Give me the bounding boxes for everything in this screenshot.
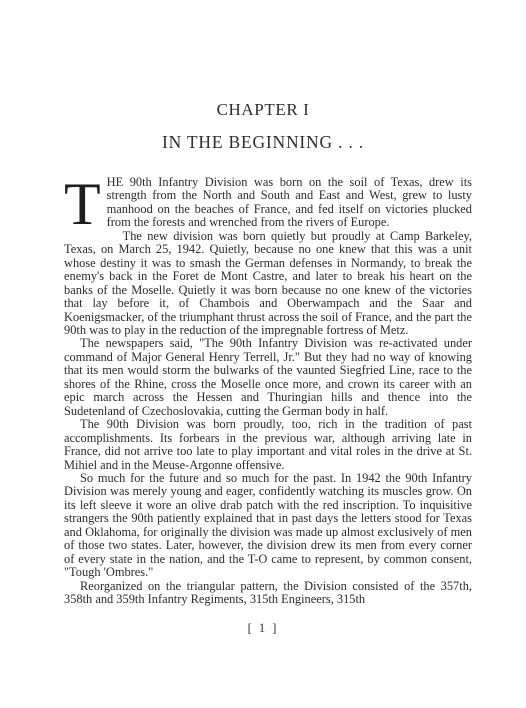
chapter-label: CHAPTER I	[0, 100, 526, 120]
paragraph-6: Reorganized on the triangular pattern, t…	[64, 580, 472, 607]
chapter-title: IN THE BEGINNING . . .	[0, 132, 526, 153]
paragraph-1: THE 90th Infantry Division was born on t…	[64, 176, 472, 230]
paragraph-1-text: HE 90th Infantry Division was born on th…	[107, 175, 472, 229]
drop-cap: T	[64, 180, 101, 232]
body-text: THE 90th Infantry Division was born on t…	[64, 176, 472, 607]
paragraph-2: The new division was born quietly but pr…	[64, 230, 472, 338]
paragraph-4: The 90th Division was born proudly, too,…	[64, 418, 472, 472]
paragraph-3: The newspapers said, "The 90th Infantry …	[64, 337, 472, 418]
paragraph-5: So much for the future and so much for t…	[64, 472, 472, 580]
page-number: [ 1 ]	[0, 621, 526, 636]
